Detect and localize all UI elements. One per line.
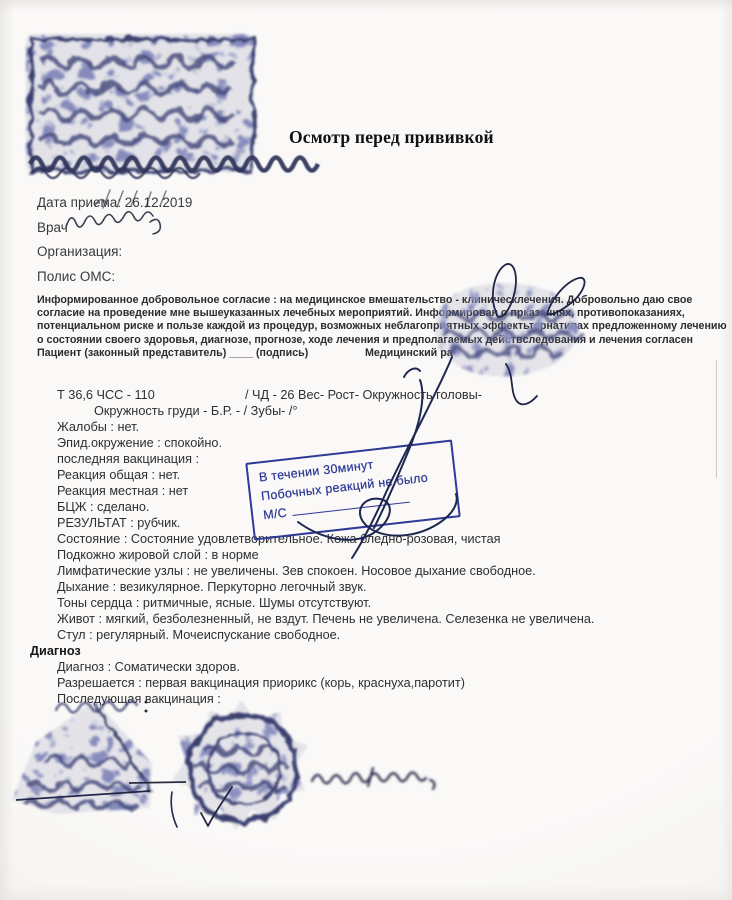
stamp-texture — [12, 700, 152, 814]
blurred-stamp-round — [172, 700, 308, 830]
stamp-base-line — [16, 791, 150, 800]
stamp-texture — [172, 700, 308, 830]
exam-line: Стул : регулярный. Мочеиспускание свобод… — [57, 627, 594, 643]
consent-line: потенциальном риске и пользе каждой из п… — [37, 320, 713, 333]
visit-date: Дата приема: 26.12.2019 — [37, 191, 192, 216]
exam-line: Жалобы : нет. — [57, 419, 594, 435]
stamp-silhouette — [12, 700, 152, 814]
diagnosis-line: Последующая вакцинация : — [57, 691, 594, 707]
doctor-label: Врач — [37, 216, 192, 241]
stamp-outer-ring — [187, 712, 295, 820]
vitals-line-2: Окружность груди - Б.Р. - / Зубы- /° — [94, 403, 594, 419]
stamp-silhouette — [172, 700, 308, 830]
blurred-handwriting-row — [312, 768, 434, 789]
page-title: Осмотр перед прививкой — [289, 127, 494, 148]
consent-line: согласие на проведение мне вышеуказанных… — [37, 307, 713, 320]
document-page: Осмотр перед прививкой Дата приема: 26.1… — [0, 0, 732, 900]
examination-section: Т 36,6 ЧСС - 110 / ЧД - 26 Вес- Рост- Ок… — [57, 387, 594, 707]
stamp-scribble-rows — [22, 756, 138, 807]
blurred-stamp-triangle — [12, 700, 152, 814]
stamp-texture — [26, 34, 254, 172]
exam-line: Подкожно жировой слой : в норме — [57, 547, 594, 563]
consent-line: Информированное добровольное согласие : … — [37, 294, 713, 307]
organization-label: Организация: — [37, 240, 192, 265]
stamp-scribble-rows — [190, 744, 288, 789]
bottom-ink-marks — [129, 768, 434, 827]
stamp-scribble-rows — [38, 55, 230, 143]
diagnosis-header: Диагноз — [30, 643, 594, 659]
stamp-silhouette — [26, 34, 254, 172]
vitals-line: Т 36,6 ЧСС - 110 / ЧД - 26 Вес- Рост- Ок… — [57, 387, 594, 403]
pen-stroke — [201, 787, 232, 826]
blurred-stamp-top-left — [26, 34, 254, 172]
stamp-inner-ring — [205, 730, 277, 802]
pen-stroke — [171, 792, 177, 827]
consent-line: о состоянии своего здоровья, диагнозе, п… — [37, 334, 713, 347]
exam-line: Живот : мягкий, безболезненный, не вздут… — [57, 611, 594, 627]
connecting-line — [129, 782, 186, 783]
consent-signature-line: Пациент (законный представитель) ____ (п… — [37, 347, 713, 360]
informed-consent-paragraph: Информированное добровольное согласие : … — [37, 294, 713, 360]
exam-line: Тоны сердца : ритмичные, ясные. Шумы отс… — [57, 595, 594, 611]
diagnosis-line: Диагноз : Соматически здоров. — [57, 659, 594, 675]
exam-line: Эпид.окружение : спокойно. — [57, 435, 594, 451]
exam-line: Лимфатические узлы : не увеличены. Зев с… — [57, 563, 594, 579]
handwritten-scribble-band — [30, 158, 318, 179]
stamp-border — [29, 37, 251, 169]
stamp-edge — [94, 701, 149, 790]
visit-header: Дата приема: 26.12.2019 Врач Организация… — [37, 191, 192, 289]
policy-label: Полис ОМС: — [37, 265, 192, 290]
diagnosis-line: Разрешается : первая вакцинация приорикс… — [57, 675, 594, 691]
exam-line: Состояние : Состояние удовлетворительное… — [57, 531, 594, 547]
scan-edge-line — [716, 360, 717, 478]
exam-line: Дыхание : везикулярное. Перкуторно легоч… — [57, 579, 594, 595]
